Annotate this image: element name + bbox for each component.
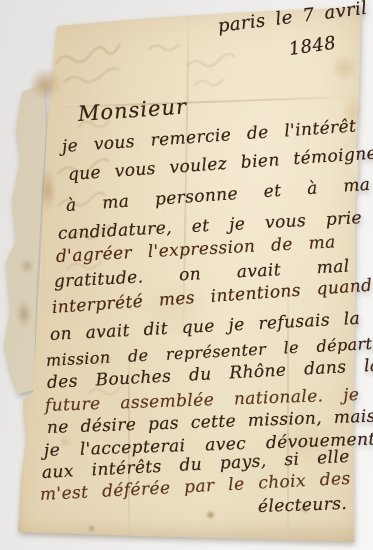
letter-paper-group: paris le 7 avril 1848 Monsieur je vous r… — [0, 0, 373, 550]
letter-line: électeurs. — [258, 494, 348, 517]
photo-backdrop: paris le 7 avril 1848 Monsieur je vous r… — [0, 0, 373, 550]
